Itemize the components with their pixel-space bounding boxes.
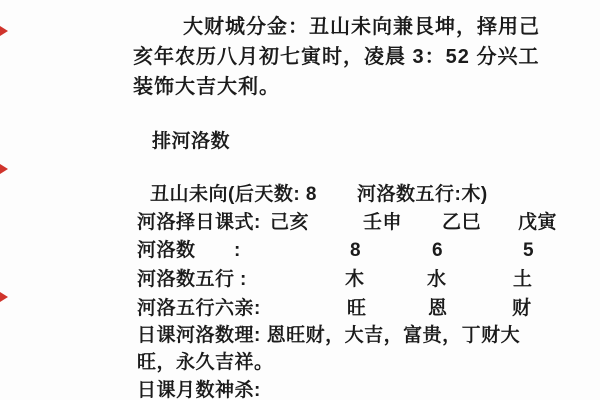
row-wuxing-label: 河洛数五行 bbox=[137, 266, 235, 294]
row-wuxing-colon: : bbox=[240, 266, 247, 294]
row-liuqin-label: 河洛五行六亲: bbox=[137, 295, 261, 323]
numerology-line-2: 旺，永久吉祥。 bbox=[137, 349, 274, 377]
row-heluoshu-value-3: 5 bbox=[523, 237, 534, 265]
row-keshi-value-2: 壬申 bbox=[363, 209, 402, 237]
mountain-row-left: 丑山未向(后天数: 8 bbox=[150, 181, 317, 209]
red-arrow-icon bbox=[0, 292, 8, 302]
numerology-line-1: 日课河洛数理: 恩旺财，大吉，富贵，丁财大 bbox=[137, 322, 520, 350]
intro-line-3: 装饰大吉大利。 bbox=[133, 72, 280, 102]
row-liuqin-value-3: 财 bbox=[512, 295, 532, 323]
row-wuxing-value-2: 水 bbox=[427, 266, 447, 294]
row-heluoshu-value-2: 6 bbox=[432, 237, 443, 265]
row-keshi-value-1: 己亥 bbox=[270, 209, 309, 237]
row-heluoshu-label: 河洛数 bbox=[137, 237, 196, 265]
shensha-label: 日课月数神杀: bbox=[137, 377, 261, 400]
document-page: 大财城分金：丑山未向兼艮坤，择用己 亥年农历八月初七寅时，凌晨 3：52 分兴工… bbox=[0, 0, 600, 400]
row-keshi-value-3: 乙巳 bbox=[442, 209, 481, 237]
row-heluoshu-colon: : bbox=[234, 237, 241, 265]
red-arrow-icon bbox=[0, 26, 8, 36]
row-keshi-label: 河洛择日课式: bbox=[137, 209, 261, 237]
row-heluoshu-value-1: 8 bbox=[350, 237, 361, 265]
red-arrow-icon bbox=[0, 164, 8, 174]
mountain-row-right: 河洛数五行:木) bbox=[357, 181, 488, 209]
section-title: 排河洛数 bbox=[152, 128, 230, 156]
row-liuqin-value-2: 恩 bbox=[428, 295, 448, 323]
intro-line-2: 亥年农历八月初七寅时，凌晨 3：52 分兴工 bbox=[133, 42, 539, 72]
row-wuxing-value-3: 土 bbox=[513, 266, 533, 294]
row-liuqin-value-1: 旺 bbox=[347, 295, 367, 323]
row-keshi-value-4: 戊寅 bbox=[518, 209, 557, 237]
row-wuxing-value-1: 木 bbox=[345, 266, 365, 294]
intro-line-1: 大财城分金：丑山未向兼艮坤，择用己 bbox=[183, 12, 540, 42]
